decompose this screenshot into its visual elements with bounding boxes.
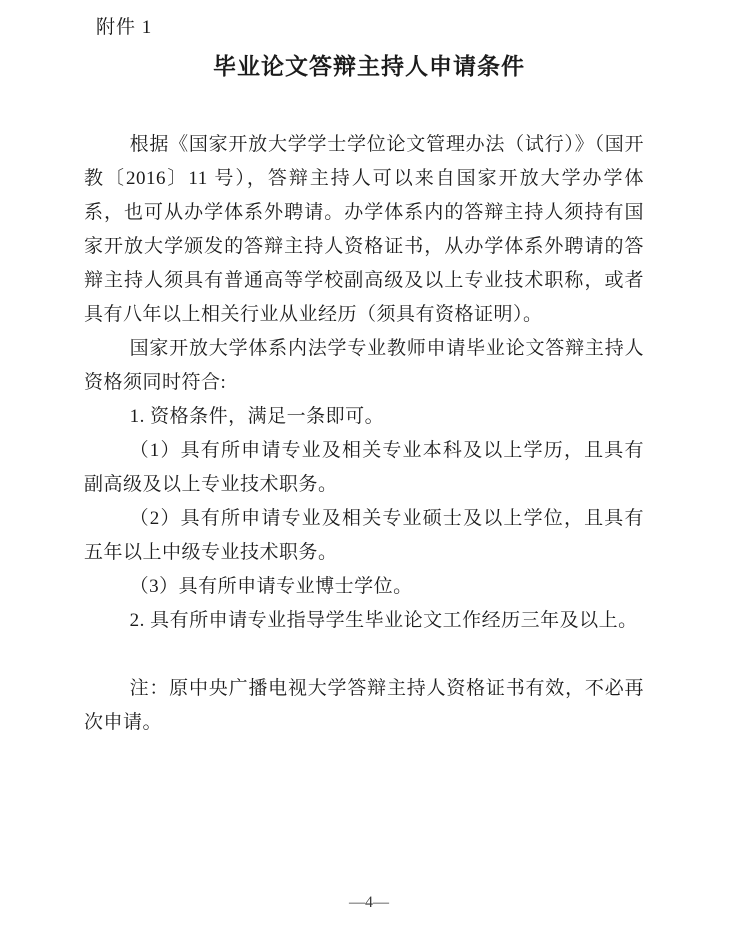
paragraph-item-1-2: （2）具有所申请专业及相关专业硕士及以上学位，且具有五年以上中级专业技术职务。 xyxy=(84,502,644,570)
paragraph-item-2: 2. 具有所申请专业指导学生毕业论文工作经历三年及以上。 xyxy=(84,604,644,638)
paragraph-note: 注：原中央广播电视大学答辩主持人资格证书有效，不必再次申请。 xyxy=(84,672,644,740)
document-body: 根据《国家开放大学学士学位论文管理办法（试行）》（国开教〔2016〕11 号），… xyxy=(84,128,644,740)
paragraph-requirement-lead: 国家开放大学体系内法学专业教师申请毕业论文答辩主持人资格须同时符合: xyxy=(84,332,644,400)
document-page: 附件 1 毕业论文答辩主持人申请条件 根据《国家开放大学学士学位论文管理办法（试… xyxy=(0,0,738,927)
paragraph-item-1-1: （1）具有所申请专业及相关专业本科及以上学历，且具有副高级及以上专业技术职务。 xyxy=(84,434,644,502)
paragraph-item-1-3: （3）具有所申请专业博士学位。 xyxy=(84,570,644,604)
paragraph-intro: 根据《国家开放大学学士学位论文管理办法（试行）》（国开教〔2016〕11 号），… xyxy=(84,128,644,332)
attachment-label: 附件 1 xyxy=(96,16,152,40)
page-number: —4— xyxy=(0,894,738,912)
page-title: 毕业论文答辩主持人申请条件 xyxy=(0,48,738,81)
paragraph-item-1: 1. 资格条件，满足一条即可。 xyxy=(84,400,644,434)
